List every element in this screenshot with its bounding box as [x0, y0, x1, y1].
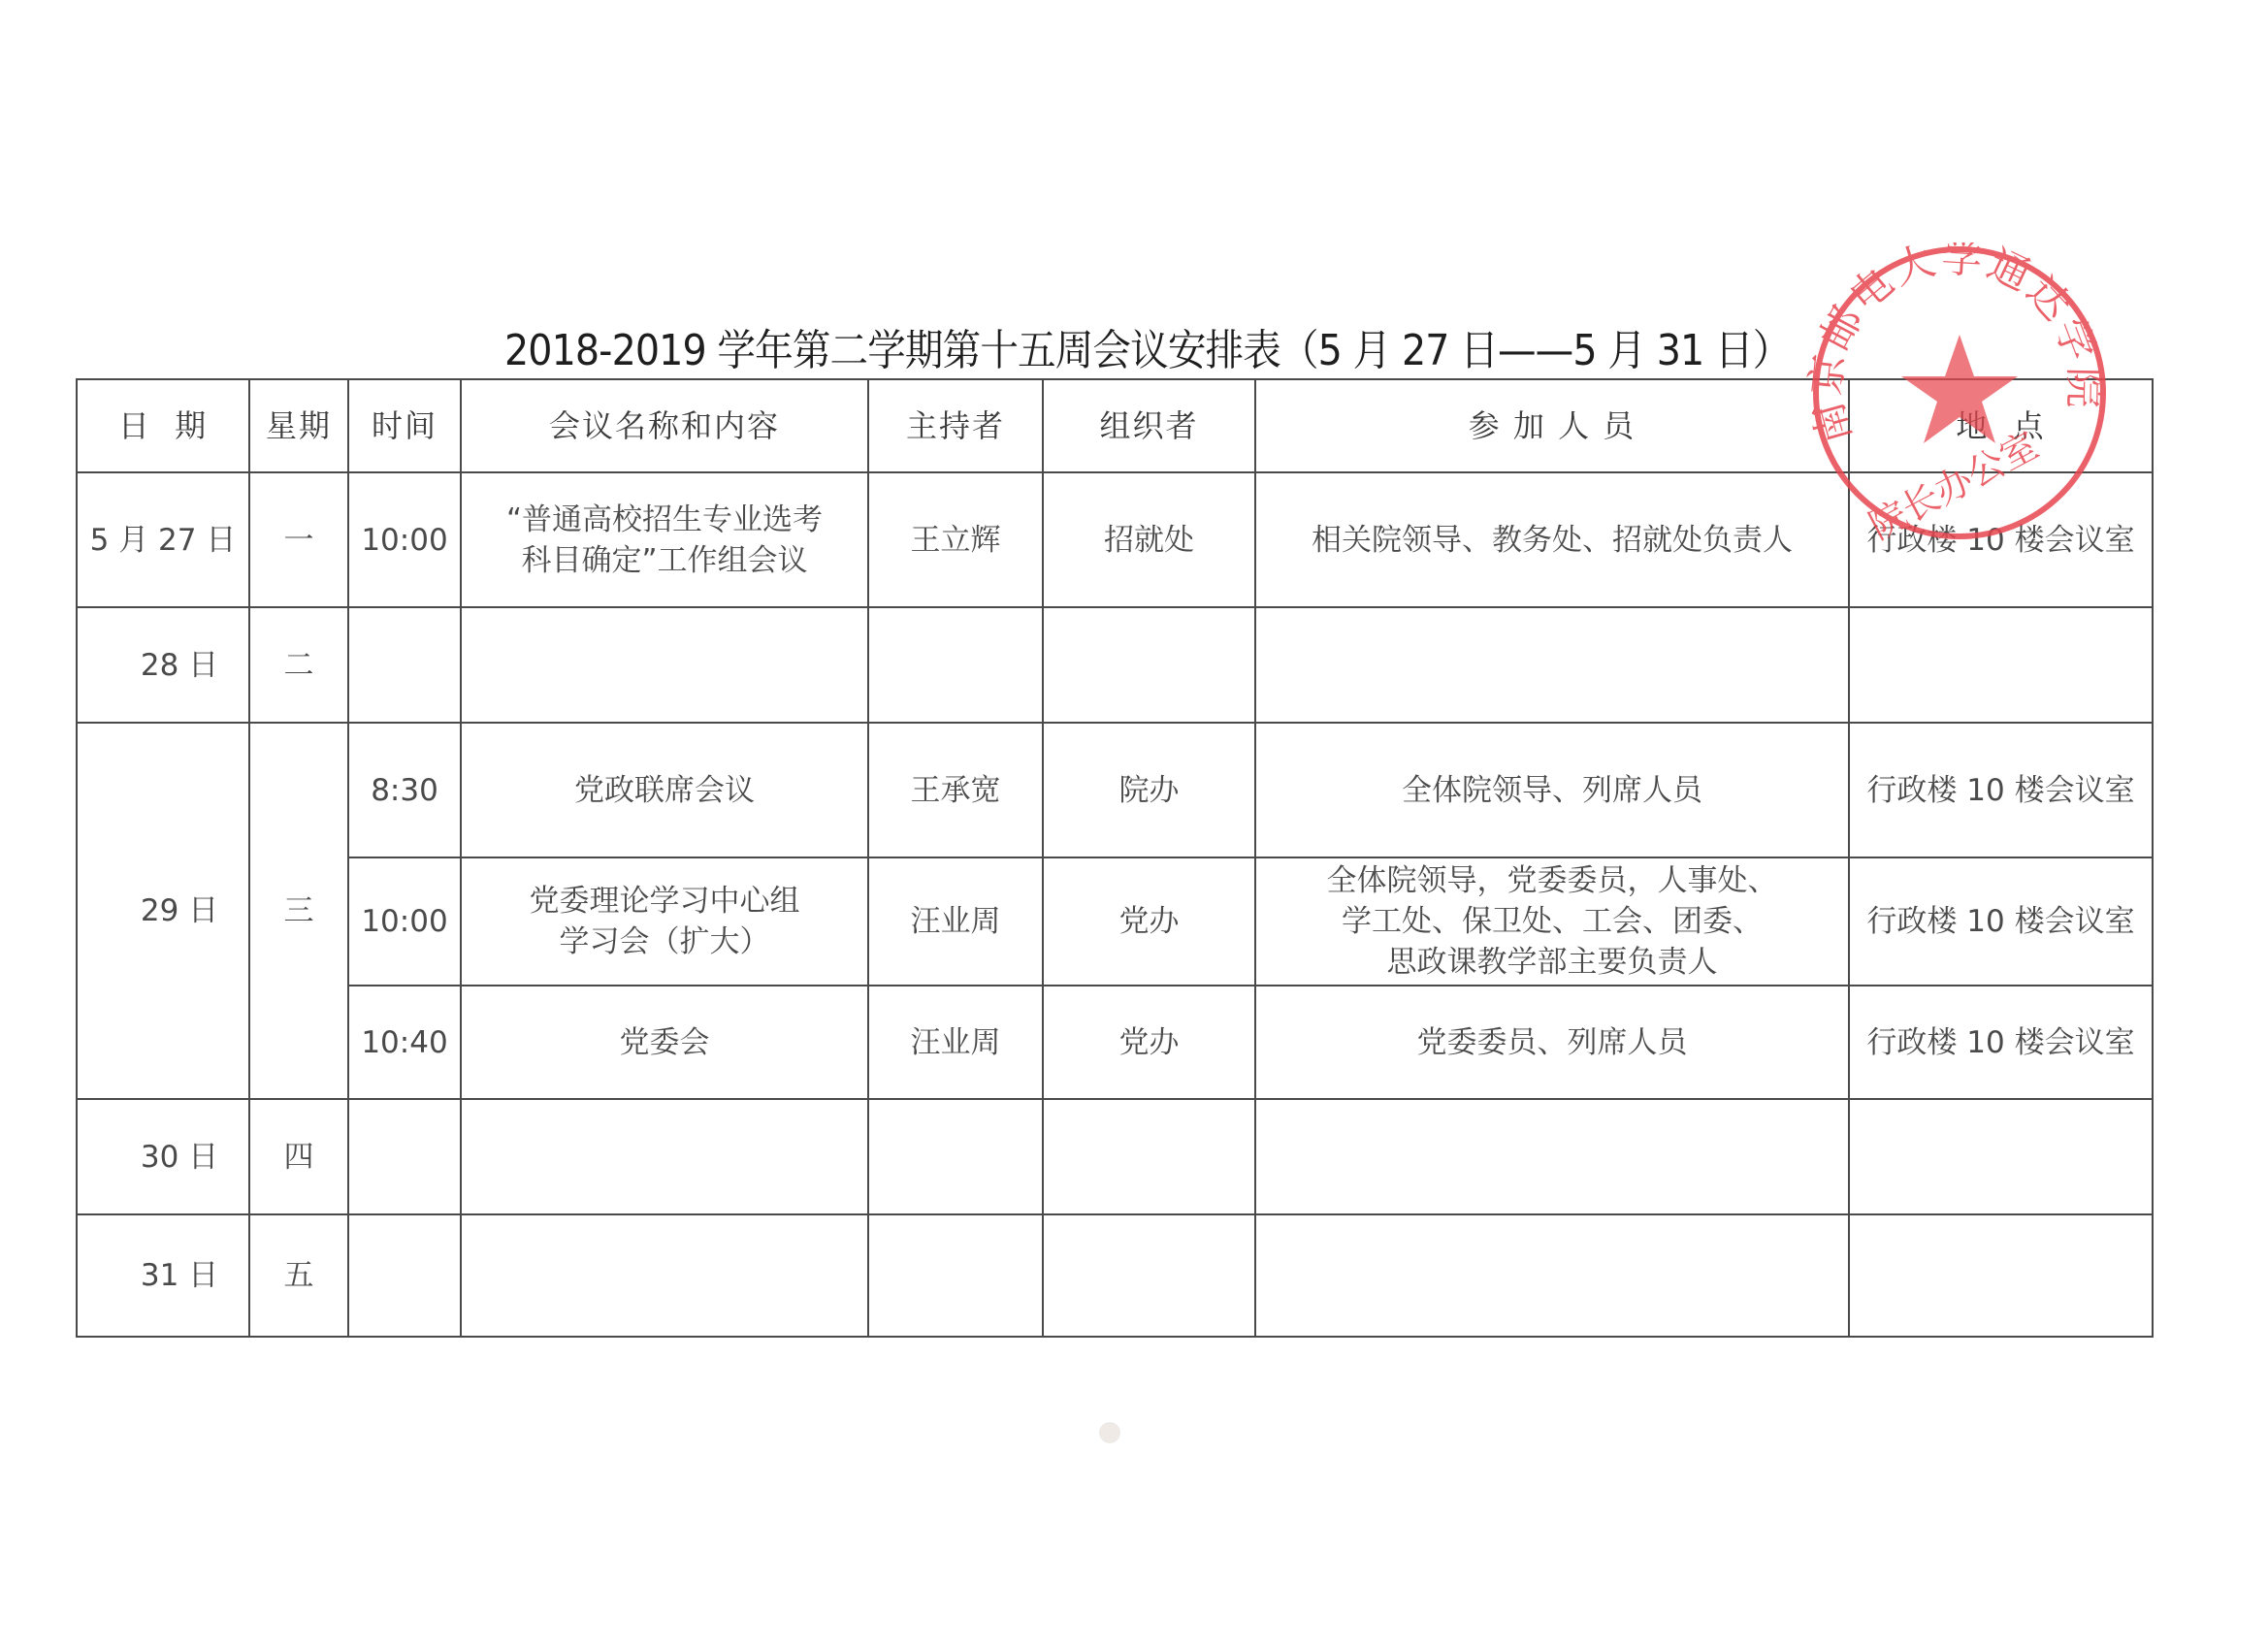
cell-meeting — [461, 1099, 868, 1214]
cell-host: 王立辉 — [868, 472, 1043, 607]
table-row: 5 月 27 日 一 10:00 “普通高校招生专业选考 科目确定”工作组会议 … — [77, 472, 2153, 607]
cell-location: 行政楼 10 楼会议室 — [1849, 857, 2153, 986]
cell-attendees — [1255, 1099, 1849, 1214]
cell-location — [1849, 1214, 2153, 1337]
table-row: 31 日 五 — [77, 1214, 2153, 1337]
cell-organizer — [1043, 607, 1255, 723]
cell-attendees — [1255, 607, 1849, 723]
meeting-schedule-table: 日 期 星期 时间 会议名称和内容 主持者 组织者 参 加 人 员 地 点 5 … — [76, 378, 2154, 1338]
cell-attendees: 相关院领导、教务处、招就处负责人 — [1255, 472, 1849, 607]
cell-date: 5 月 27 日 — [77, 472, 249, 607]
scan-speck — [1099, 1422, 1120, 1443]
cell-location — [1849, 607, 2153, 723]
cell-host — [868, 1214, 1043, 1337]
cell-weekday: 一 — [249, 472, 348, 607]
cell-location: 行政楼 10 楼会议室 — [1849, 723, 2153, 857]
cell-time — [348, 1214, 461, 1337]
cell-time: 10:40 — [348, 986, 461, 1099]
cell-date: 31 日 — [77, 1214, 249, 1337]
cell-weekday: 二 — [249, 607, 348, 723]
cell-host: 王承宽 — [868, 723, 1043, 857]
header-attendees: 参 加 人 员 — [1255, 379, 1849, 472]
cell-attendees: 党委委员、列席人员 — [1255, 986, 1849, 1099]
cell-weekday: 五 — [249, 1214, 348, 1337]
cell-date: 28 日 — [77, 607, 249, 723]
cell-host — [868, 607, 1043, 723]
cell-location: 行政楼 10 楼会议室 — [1849, 472, 2153, 607]
cell-location: 行政楼 10 楼会议室 — [1849, 986, 2153, 1099]
cell-organizer — [1043, 1099, 1255, 1214]
cell-meeting: 党委理论学习中心组 学习会（扩大） — [461, 857, 868, 986]
table-row: 30 日 四 — [77, 1099, 2153, 1214]
header-host: 主持者 — [868, 379, 1043, 472]
cell-host — [868, 1099, 1043, 1214]
header-weekday: 星期 — [249, 379, 348, 472]
document-page: 2018-2019 学年第二学期第十五周会议安排表（5 月 27 日——5 月 … — [0, 0, 2268, 1649]
cell-time: 10:00 — [348, 472, 461, 607]
cell-meeting: 党政联席会议 — [461, 723, 868, 857]
cell-attendees: 全体院领导，党委委员，人事处、 学工处、保卫处、工会、团委、 思政课教学部主要负… — [1255, 857, 1849, 986]
cell-time: 10:00 — [348, 857, 461, 986]
cell-organizer — [1043, 1214, 1255, 1337]
table-header-row: 日 期 星期 时间 会议名称和内容 主持者 组织者 参 加 人 员 地 点 — [77, 379, 2153, 472]
cell-meeting — [461, 1214, 868, 1337]
cell-attendees: 全体院领导、列席人员 — [1255, 723, 1849, 857]
document-title: 2018-2019 学年第二学期第十五周会议安排表（5 月 27 日——5 月 … — [504, 315, 1762, 377]
table-row: 10:40 党委会 汪业周 党办 党委委员、列席人员 行政楼 10 楼会议室 — [77, 986, 2153, 1099]
cell-time — [348, 607, 461, 723]
cell-organizer: 党办 — [1043, 986, 1255, 1099]
header-time: 时间 — [348, 379, 461, 472]
header-date: 日 期 — [77, 379, 249, 472]
cell-attendees — [1255, 1214, 1849, 1337]
table-row: 29 日 三 8:30 党政联席会议 王承宽 院办 全体院领导、列席人员 行政楼… — [77, 723, 2153, 857]
cell-date: 29 日 — [77, 723, 249, 1099]
cell-time — [348, 1099, 461, 1214]
cell-organizer: 招就处 — [1043, 472, 1255, 607]
header-location: 地 点 — [1849, 379, 2153, 472]
cell-meeting: “普通高校招生专业选考 科目确定”工作组会议 — [461, 472, 868, 607]
cell-organizer: 院办 — [1043, 723, 1255, 857]
cell-location — [1849, 1099, 2153, 1214]
cell-weekday: 三 — [249, 723, 348, 1099]
cell-time: 8:30 — [348, 723, 461, 857]
cell-meeting — [461, 607, 868, 723]
table-row: 10:00 党委理论学习中心组 学习会（扩大） 汪业周 党办 全体院领导，党委委… — [77, 857, 2153, 986]
table-row: 28 日 二 — [77, 607, 2153, 723]
cell-host: 汪业周 — [868, 986, 1043, 1099]
cell-date: 30 日 — [77, 1099, 249, 1214]
header-meeting: 会议名称和内容 — [461, 379, 868, 472]
cell-meeting: 党委会 — [461, 986, 868, 1099]
header-organizer: 组织者 — [1043, 379, 1255, 472]
cell-host: 汪业周 — [868, 857, 1043, 986]
cell-organizer: 党办 — [1043, 857, 1255, 986]
cell-weekday: 四 — [249, 1099, 348, 1214]
